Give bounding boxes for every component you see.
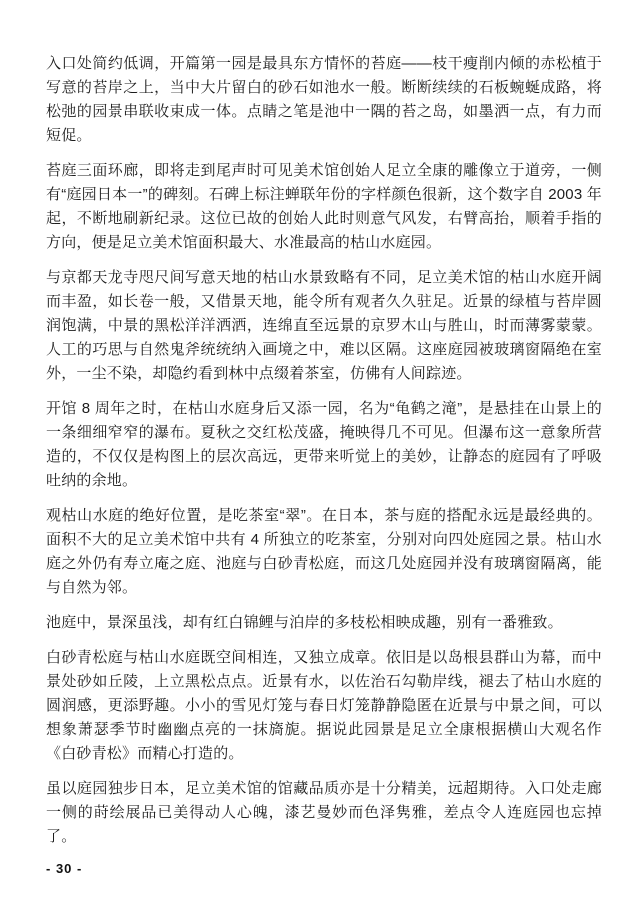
paragraph-8: 虽以庭园独步日本，足立美术馆的馆藏品质亦是十分精美，远超期待。入口处走廊一侧的莳…: [46, 777, 602, 849]
paragraph-6: 池庭中，景深虽浅，却有红白锦鲤与泊岸的多枝松相映成趣，别有一番雅致。: [46, 611, 602, 635]
page-number: - 30 -: [46, 861, 602, 876]
paragraph-5: 观枯山水庭的绝好位置，是吃茶室“翠”。在日本，茶与庭的搭配永远是最经典的。面积不…: [46, 504, 602, 600]
document-page: 入口处简约低调，开篇第一园是最具东方情怀的苔庭——枝干瘦削内倾的赤松植于写意的苔…: [0, 0, 643, 907]
paragraph-7: 白砂青松庭与枯山水庭既空间相连，又独立成章。依旧是以岛根县群山为幕，而中景处砂如…: [46, 646, 602, 766]
paragraph-3: 与京都天龙寺咫尺间写意天地的枯山水景致略有不同，足立美术馆的枯山水庭开阔而丰盈，…: [46, 266, 602, 386]
paragraph-2: 苔庭三面环廊，即将走到尾声时可见美术馆创始人足立全康的雕像立于道旁，一侧有“庭园…: [46, 159, 602, 255]
paragraph-1: 入口处简约低调，开篇第一园是最具东方情怀的苔庭——枝干瘦削内倾的赤松植于写意的苔…: [46, 52, 602, 148]
paragraph-4: 开馆 8 周年之时，在枯山水庭身后又添一园，名为“龟鹤之滝”，是悬挂在山景上的一…: [46, 397, 602, 493]
